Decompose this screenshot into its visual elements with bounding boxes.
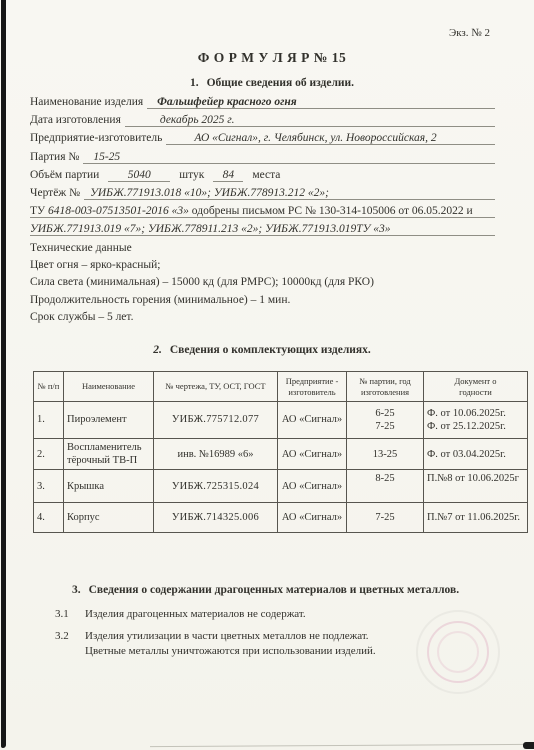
row3-drawing: УИБЖ.725315.024	[154, 470, 278, 503]
batch-volume-underline: 5040	[108, 169, 170, 182]
tech-line-burn-duration-text: Продолжительность горения (минимальное) …	[30, 294, 290, 306]
row1-fitness-doc: Ф. от 10.06.2025г.Ф. от 25.12.2025г.	[424, 402, 528, 439]
section2-number: 2.	[153, 344, 162, 356]
col-header-drawing: № чертежа, ТУ, ОСТ, ГОСТ	[154, 372, 278, 402]
row2-name: Воспламенитель тёрочный ТВ-П	[64, 439, 154, 470]
tech-line-service-life-text: Срок службы – 5 лет.	[30, 311, 133, 323]
row4-name: Корпус	[64, 503, 154, 533]
tech-line-flame-color-text: Цвет огня – ярко-красный;	[30, 259, 160, 271]
batch-number-value: 15-25	[93, 151, 120, 163]
row1-index: 1.	[34, 402, 64, 439]
manufacturer-label: Предприятие-изготовитель	[30, 132, 162, 144]
row4-index: 4.	[34, 503, 64, 533]
field-manufacture-date: Дата изготовления декабрь 2025 г.	[30, 114, 495, 132]
row1-batch: 6-257-25	[347, 402, 424, 439]
table-row: 1. Пироэлемент УИБЖ.775712.077 АО «Сигна…	[34, 402, 528, 439]
batch-volume-value: 5040	[128, 169, 151, 181]
row1-manufacturer: АО «Сигнал»	[278, 402, 347, 439]
row3-name: Крышка	[64, 470, 154, 503]
tu-label: ТУ	[30, 205, 45, 217]
row4-drawing: УИБЖ.714325.006	[154, 503, 278, 533]
section1-number: 1.	[190, 77, 199, 89]
manufacturer-value: АО «Сигнал», г. Челябинск, ул. Новоросси…	[194, 132, 436, 144]
field-tu-line2: УИБЖ.771913.019 «7»; УИБЖ.778911.213 «2»…	[30, 223, 495, 241]
tu-approval-text: одобрены письмом РС № 130-314-105006 от …	[192, 205, 473, 217]
row2-fitness-doc: Ф. от 03.04.2025г.	[424, 439, 528, 470]
batch-volume-unit-places: места	[252, 169, 280, 181]
row1-name: Пироэлемент	[64, 402, 154, 439]
section2-heading-text: Сведения о комплектующих изделиях.	[170, 344, 371, 356]
faded-round-stamp	[427, 621, 489, 683]
col-header-name: Наименование	[64, 372, 154, 402]
tu-value: 6418-003-07513501-2016 «3»	[48, 205, 189, 217]
item-3-1-number: 3.1	[55, 607, 85, 622]
batch-number-label: Партия №	[30, 151, 79, 163]
section3-heading-text: Сведения о содержании драгоценных матери…	[89, 584, 459, 596]
col-header-index: № п/п	[34, 372, 64, 402]
tu-underline: ТУ 6418-003-07513501-2016 «3» одобрены п…	[30, 205, 495, 218]
field-batch-number: Партия № 15-25	[30, 151, 495, 169]
drawing-number-label: Чертёж №	[30, 187, 80, 199]
tu-line2-value: УИБЖ.771913.019 «7»; УИБЖ.778911.213 «2»…	[30, 223, 391, 235]
field-product-name: Наименование изделия Фальшфейер красного…	[30, 96, 495, 114]
section1-heading-text: Общие сведения об изделии.	[207, 77, 354, 89]
manufacture-date-value: декабрь 2025 г.	[160, 114, 235, 126]
product-name-underline: Фальшфейер красного огня	[147, 96, 495, 109]
components-table: № п/п Наименование № чертежа, ТУ, ОСТ, Г…	[33, 371, 528, 533]
drawing-number-value: УИБЖ.771913.018 «10»; УИБЖ.778913.212 «2…	[90, 187, 329, 199]
row3-index: 3.	[34, 470, 64, 503]
tech-line-flame-color: Цвет огня – ярко-красный;	[30, 259, 495, 276]
row3-fitness-doc: П.№8 от 10.06.2025г	[424, 470, 528, 503]
manufacturer-underline: АО «Сигнал», г. Челябинск, ул. Новоросси…	[166, 132, 495, 145]
tech-data-heading-text: Технические данные	[30, 242, 132, 254]
document-page: Экз. № 2 Ф О Р М У Л Я Р № 15 1.Общие св…	[0, 0, 534, 750]
batch-volume-label: Объём партии	[30, 169, 99, 181]
product-name-value: Фальшфейер красного огня	[157, 96, 296, 108]
row2-index: 2.	[34, 439, 64, 470]
section3-heading: 3.Сведения о содержании драгоценных мате…	[72, 584, 504, 596]
row4-fitness-doc: П.№7 от 11.06.2025г.	[424, 503, 528, 533]
col-header-fitness-doc: Документ о годности	[424, 372, 528, 402]
table-row: 4. Корпус УИБЖ.714325.006 АО «Сигнал» 7-…	[34, 503, 528, 533]
scan-left-edge	[1, 0, 6, 748]
row4-manufacturer: АО «Сигнал»	[278, 503, 347, 533]
row4-batch: 7-25	[347, 503, 424, 533]
field-drawing-number: Чертёж № УИБЖ.771913.018 «10»; УИБЖ.7789…	[30, 187, 495, 205]
document-title: Ф О Р М У Л Я Р № 15	[10, 50, 534, 66]
col-header-batch: № партии, год изготовления	[347, 372, 424, 402]
row2-manufacturer: АО «Сигнал»	[278, 439, 347, 470]
general-info-fields: Наименование изделия Фальшфейер красного…	[30, 96, 495, 328]
row3-batch: 8-25	[347, 470, 424, 503]
batch-places-underline: 84	[213, 169, 243, 182]
row2-batch: 13-25	[347, 439, 424, 470]
table-header-row: № п/п Наименование № чертежа, ТУ, ОСТ, Г…	[34, 372, 528, 402]
field-batch-volume: Объём партии 5040 штук 84 места	[30, 169, 495, 187]
tech-line-light-intensity: Сила света (минимальная) – 15000 кд (для…	[30, 276, 495, 293]
batch-places-value: 84	[223, 169, 235, 181]
item-3-2-number: 3.2	[55, 629, 85, 659]
section1-heading: 1.Общие сведения об изделии.	[10, 77, 534, 89]
tech-line-service-life: Срок службы – 5 лет.	[30, 311, 495, 328]
manufacture-date-underline: декабрь 2025 г.	[125, 114, 495, 127]
batch-number-underline: 15-25	[83, 151, 495, 164]
tech-data-heading: Технические данные	[30, 242, 495, 259]
row1-drawing: УИБЖ.775712.077	[154, 402, 278, 439]
field-manufacturer: Предприятие-изготовитель АО «Сигнал», г.…	[30, 132, 495, 150]
table-row: 2. Воспламенитель тёрочный ТВ-П инв. №16…	[34, 439, 528, 470]
tech-line-burn-duration: Продолжительность горения (минимальное) …	[30, 294, 495, 311]
section3-number: 3.	[72, 584, 81, 596]
scan-corner-mark	[523, 742, 534, 749]
col-header-manufacturer: Предприятие - изготовитель	[278, 372, 347, 402]
section2-heading: 2.Сведения о комплектующих изделиях.	[0, 344, 524, 356]
scan-bottom-edge	[150, 744, 526, 747]
product-name-label: Наименование изделия	[30, 96, 143, 108]
tech-line-light-intensity-text: Сила света (минимальная) – 15000 кд (для…	[30, 276, 374, 288]
row2-drawing: инв. №16989 «6»	[154, 439, 278, 470]
table-row: 3. Крышка УИБЖ.725315.024 АО «Сигнал» 8-…	[34, 470, 528, 503]
batch-volume-unit-pieces: штук	[179, 169, 204, 181]
field-tu: ТУ 6418-003-07513501-2016 «3» одобрены п…	[30, 205, 495, 223]
copy-number: Экз. № 2	[449, 27, 490, 39]
manufacture-date-label: Дата изготовления	[30, 114, 121, 126]
tu-line2-underline: УИБЖ.771913.019 «7»; УИБЖ.778911.213 «2»…	[30, 223, 495, 236]
drawing-number-underline: УИБЖ.771913.018 «10»; УИБЖ.778913.212 «2…	[84, 187, 495, 200]
row3-manufacturer: АО «Сигнал»	[278, 470, 347, 503]
